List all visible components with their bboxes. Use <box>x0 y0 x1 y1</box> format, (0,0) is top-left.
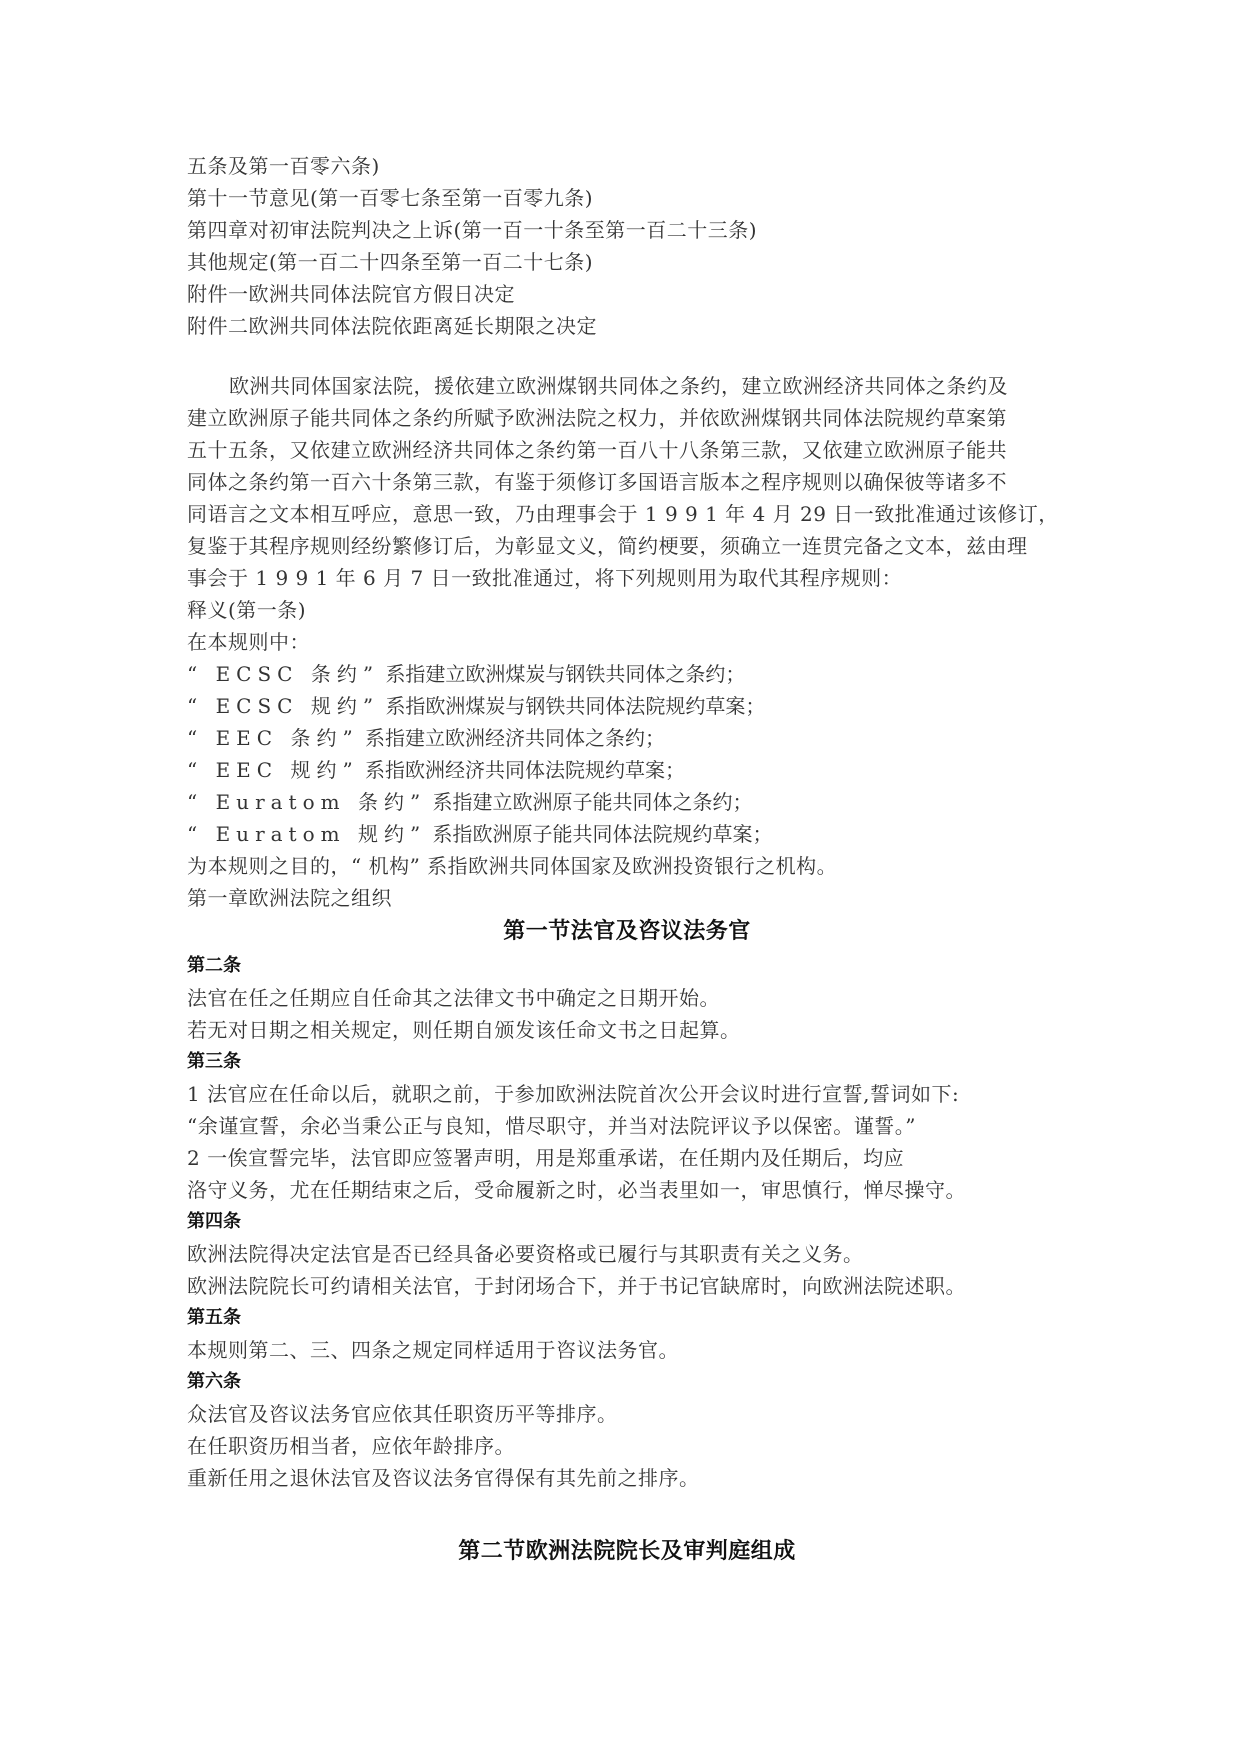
preamble-line: 五十五条，又依建立欧洲经济共同体之条约第一百八十八条第三款，又依建立欧洲原子能共 <box>187 434 1067 466</box>
toc-line: 第十一节意见(第一百零七条至第一百零九条) <box>187 182 1067 214</box>
definition-item: “ EEC 规约” 系指欧洲经济共同体法院规约草案； <box>187 754 1067 786</box>
preamble: 欧洲共同体国家法院，援依建立欧洲煤钢共同体之条约，建立欧洲经济共同体之条约及 建… <box>187 370 1067 594</box>
document-page: 五条及第一百零六条) 第十一节意见(第一百零七条至第一百零九条) 第四章对初审法… <box>187 150 1067 1570</box>
definition-item: “ ECSC 规约” 系指欧洲煤炭与钢铁共同体法院规约草案； <box>187 690 1067 722</box>
definition-item: “ Euratom 规约” 系指欧洲原子能共同体法院规约草案； <box>187 818 1067 850</box>
definition-meaning: 系指欧洲煤炭与钢铁共同体法院规约草案； <box>385 694 765 718</box>
preamble-line: 复鉴于其程序规则经纷繁修订后，为彰显文义，简约梗要，须确立一连贯完备之文本，兹由… <box>187 530 1067 562</box>
article-line: 若无对日期之相关规定，则任期自颁发该任命文书之日起算。 <box>187 1014 1067 1046</box>
article-heading: 第二条 <box>187 950 1067 982</box>
definition-meaning: 系指建立欧洲经济共同体之条约； <box>365 726 665 750</box>
article-5: 第五条 本规则第二、三、四条之规定同样适用于咨议法务官。 <box>187 1302 1067 1366</box>
chapter-title: 第一章欧洲法院之组织 <box>187 882 1067 914</box>
toc-line: 五条及第一百零六条) <box>187 150 1067 182</box>
preamble-line: 同体之条约第一百六十条第三款，有鉴于须修订多国语言版本之程序规则以确保彼等诸多不 <box>187 466 1067 498</box>
definition-meaning: 系指欧洲经济共同体法院规约草案； <box>365 758 685 782</box>
article-line: 洛守义务，尤在任期结束之后，受命履新之时，必当表里如一，审思慎行，惮尽操守。 <box>187 1174 1067 1206</box>
institution-definition: 为本规则之目的，“ 机构” 系指欧洲共同体国家及欧洲投资银行之机构。 <box>187 850 1067 882</box>
article-line: 在任职资历相当者，应依年龄排序。 <box>187 1430 1067 1462</box>
definition-meaning: 系指建立欧洲煤炭与钢铁共同体之条约； <box>385 662 745 686</box>
article-heading: 第六条 <box>187 1366 1067 1398</box>
definition-item: “ Euratom 条约” 系指建立欧洲原子能共同体之条约； <box>187 786 1067 818</box>
definition-term: “ EEC 规约” <box>187 758 359 782</box>
article-line: 重新任用之退休法官及咨议法务官得保有其先前之排序。 <box>187 1462 1067 1494</box>
article-line: 1 法官应在任命以后，就职之前，于参加欧洲法院首次公开会议时进行宣誓,誓词如下: <box>187 1078 1067 1110</box>
interpretation-intro: 在本规则中： <box>187 626 1067 658</box>
article-2: 第二条 法官在任之任期应自任命其之法律文书中确定之日期开始。 若无对日期之相关规… <box>187 950 1067 1046</box>
article-line: 欧洲法院院长可约请相关法官，于封闭场合下，并于书记官缺席时，向欧洲法院述职。 <box>187 1270 1067 1302</box>
article-heading: 第五条 <box>187 1302 1067 1334</box>
preamble-line: 事会于 1 9 9 1 年 6 月 7 日一致批准通过，将下列规则用为取代其程序… <box>187 562 1067 594</box>
toc-tail: 五条及第一百零六条) 第十一节意见(第一百零七条至第一百零九条) 第四章对初审法… <box>187 150 1067 342</box>
toc-line: 第四章对初审法院判决之上诉(第一百一十条至第一百二十三条) <box>187 214 1067 246</box>
definition-item: “ EEC 条约” 系指建立欧洲经济共同体之条约； <box>187 722 1067 754</box>
definition-term: “ ECSC 条约” <box>187 662 379 686</box>
section-title: 第一节法官及咨议法务官 <box>187 914 1067 950</box>
article-4: 第四条 欧洲法院得决定法官是否已经具备必要资格或已履行与其职责有关之义务。 欧洲… <box>187 1206 1067 1302</box>
article-line: 众法官及咨议法务官应依其任职资历平等排序。 <box>187 1398 1067 1430</box>
interpretation: 释义(第一条) 在本规则中： “ ECSC 条约” 系指建立欧洲煤炭与钢铁共同体… <box>187 594 1067 882</box>
toc-line: 附件二欧洲共同体法院依距离延长期限之决定 <box>187 310 1067 342</box>
definition-term: “ Euratom 条约” <box>187 790 426 814</box>
definition-meaning: 系指欧洲原子能共同体法院规约草案； <box>433 822 773 846</box>
toc-line: 附件一欧洲共同体法院官方假日决定 <box>187 278 1067 310</box>
spacer <box>187 342 1067 370</box>
preamble-line: 同语言之文本相互呼应，意思一致，乃由理事会于 1 9 9 1 年 4 月 29 … <box>187 498 1067 530</box>
article-line: “余谨宣誓，余必当秉公正与良知，惜尽职守，并当对法院评议予以保密。谨誓。” <box>187 1110 1067 1142</box>
section-title: 第二节欧洲法院院长及审判庭组成 <box>187 1534 1067 1570</box>
article-line: 本规则第二、三、四条之规定同样适用于咨议法务官。 <box>187 1334 1067 1366</box>
definition-meaning: 系指建立欧洲原子能共同体之条约； <box>433 790 753 814</box>
definition-item: “ ECSC 条约” 系指建立欧洲煤炭与钢铁共同体之条约； <box>187 658 1067 690</box>
article-3: 第三条 1 法官应在任命以后，就职之前，于参加欧洲法院首次公开会议时进行宣誓,誓… <box>187 1046 1067 1206</box>
article-heading: 第四条 <box>187 1206 1067 1238</box>
preamble-line: 欧洲共同体国家法院，援依建立欧洲煤钢共同体之条约，建立欧洲经济共同体之条约及 <box>187 370 1067 402</box>
article-line: 2 一俟宣誓完毕，法官即应签署声明，用是郑重承诺，在任期内及任期后，均应 <box>187 1142 1067 1174</box>
definition-term: “ ECSC 规约” <box>187 694 379 718</box>
definition-term: “ Euratom 规约” <box>187 822 426 846</box>
interpretation-heading: 释义(第一条) <box>187 594 1067 626</box>
preamble-line: 建立欧洲原子能共同体之条约所赋予欧洲法院之权力，并依欧洲煤钢共同体法院规约草案第 <box>187 402 1067 434</box>
article-6: 第六条 众法官及咨议法务官应依其任职资历平等排序。 在任职资历相当者，应依年龄排… <box>187 1366 1067 1494</box>
spacer <box>187 1494 1067 1534</box>
toc-line: 其他规定(第一百二十四条至第一百二十七条) <box>187 246 1067 278</box>
article-heading: 第三条 <box>187 1046 1067 1078</box>
article-line: 法官在任之任期应自任命其之法律文书中确定之日期开始。 <box>187 982 1067 1014</box>
article-line: 欧洲法院得决定法官是否已经具备必要资格或已履行与其职责有关之义务。 <box>187 1238 1067 1270</box>
definition-term: “ EEC 条约” <box>187 726 359 750</box>
